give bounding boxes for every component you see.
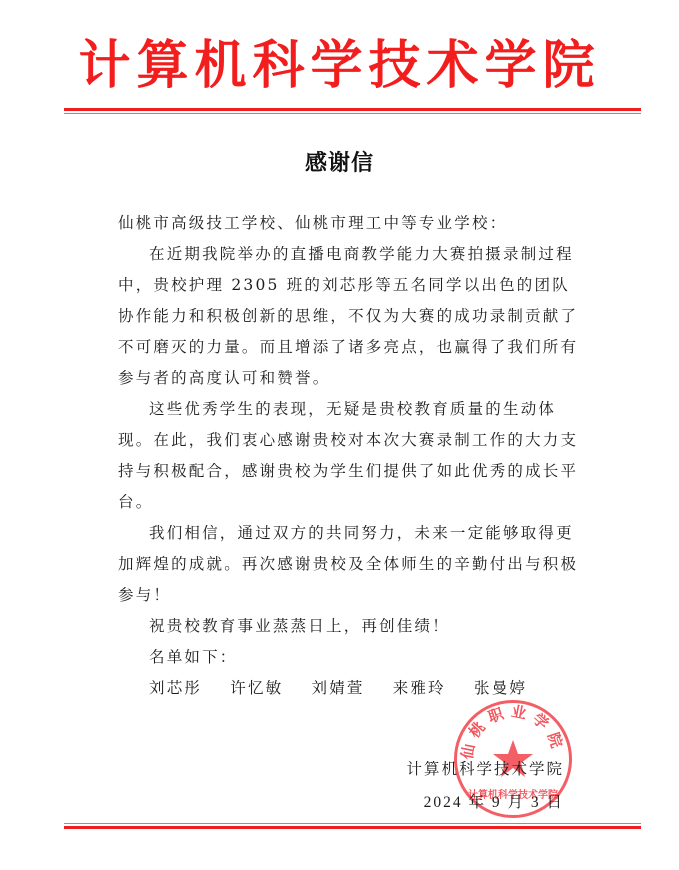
letter-title: 感谢信 <box>0 146 679 177</box>
salutation: 仙桃市高级技工学校、仙桃市理工中等专业学校： <box>118 208 586 239</box>
letter-body: 仙桃市高级技工学校、仙桃市理工中等专业学校： 在近期我院举办的直播电商教学能力大… <box>118 208 586 704</box>
footer-rule-thin <box>64 823 641 824</box>
student-name: 刘婧萱 <box>312 679 365 697</box>
paragraph-3: 我们相信，通过双方的共同努力，未来一定能够取得更加辉煌的成就。再次感谢贵校及全体… <box>118 518 586 611</box>
footer-rule-thick <box>64 826 641 829</box>
closing-wish: 祝贵校教育事业蒸蒸日上，再创佳绩！ <box>118 611 586 642</box>
letterhead-institution-name: 计算机科学技术学院 <box>0 36 679 96</box>
student-name: 刘芯彤 <box>149 679 202 697</box>
student-name: 许忆敏 <box>230 679 283 697</box>
letterhead-rule-thick <box>64 108 641 111</box>
paragraph-1: 在近期我院举办的直播电商教学能力大赛拍摄录制过程中，贵校护理 2305 班的刘芯… <box>118 239 586 394</box>
student-name: 张曼婷 <box>474 679 527 697</box>
signature-date: 2024 年 9 月 3 日 <box>0 790 564 812</box>
student-name: 来雅玲 <box>393 679 446 697</box>
letterhead-rule-thin <box>64 113 641 114</box>
paragraph-2: 这些优秀学生的表现，无疑是贵校教育质量的生动体现。在此，我们衷心感谢贵校对本次大… <box>118 394 586 518</box>
name-list-label: 名单如下： <box>118 642 586 673</box>
signature-org: 计算机科学技术学院 <box>0 757 564 779</box>
